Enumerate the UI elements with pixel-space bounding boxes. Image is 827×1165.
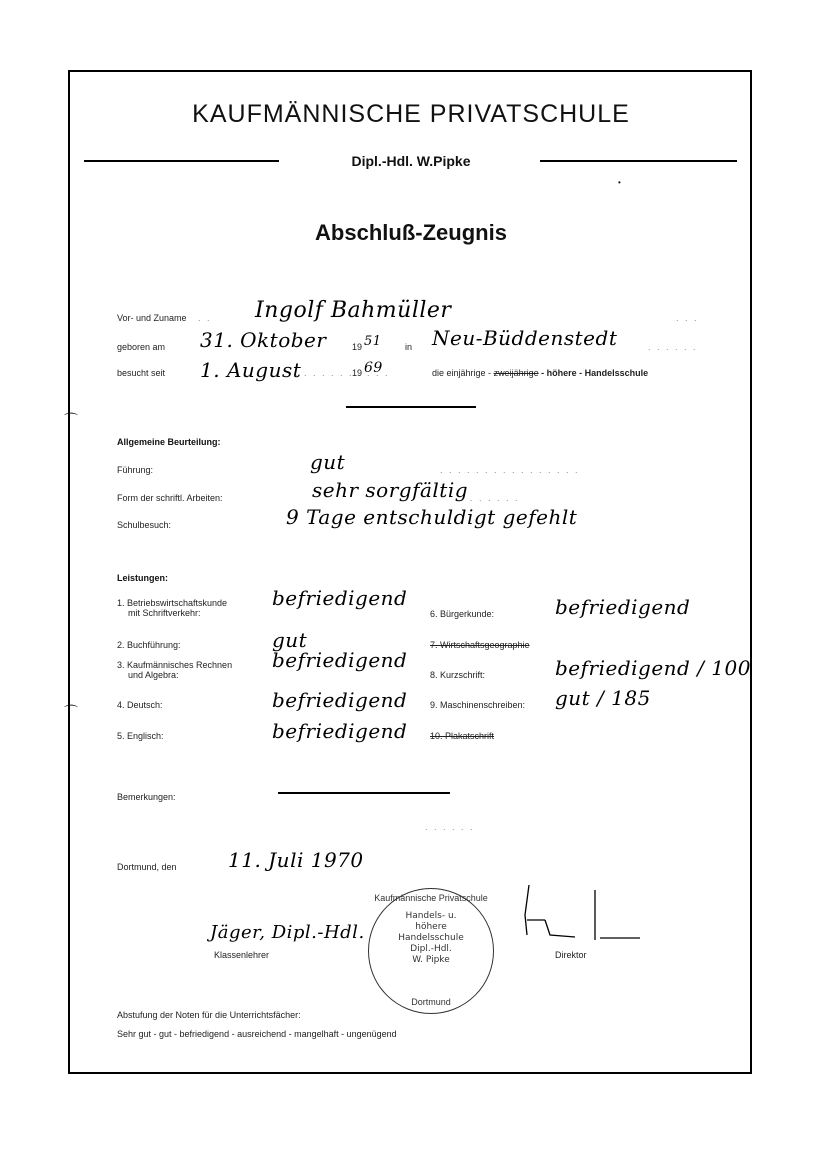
subject-label: 7. Wirtschaftsgeographie	[430, 640, 530, 650]
stamp-outer-bottom: Dortmund	[369, 997, 493, 1007]
section-divider	[346, 406, 476, 408]
stamp-line: Handelsschule	[391, 933, 471, 944]
subject-label: 5. Englisch:	[117, 731, 164, 741]
subject-grade: befriedigend	[272, 719, 407, 743]
speck: •	[618, 178, 621, 187]
born-place-value: Neu-Büddenstedt	[432, 326, 617, 350]
dots: . . . . . . . . . . . . . . . .	[440, 465, 580, 475]
written-form-value: sehr sorgfältig	[312, 478, 468, 502]
attendance-label: Schulbesuch:	[117, 520, 171, 530]
dots: . . . . . .	[648, 342, 698, 352]
school-type-line: die einjährige - zweijährige - höhere - …	[432, 368, 648, 378]
subject-grade: befriedigend	[272, 648, 407, 672]
subject-label: 2. Buchführung:	[117, 640, 181, 650]
written-form-label: Form der schriftl. Arbeiten:	[117, 493, 223, 503]
subject-grade: befriedigend / 100	[555, 656, 751, 680]
school-type-struck: zweijährige	[494, 368, 539, 378]
subject-label: 4. Deutsch:	[117, 700, 163, 710]
name-label: Vor- und Zuname	[117, 313, 187, 323]
grading-scale-values: Sehr gut - gut - befriedigend - ausreich…	[117, 1029, 397, 1039]
stamp-line: W. Pipke	[391, 955, 471, 966]
remarks-line	[278, 792, 450, 794]
subject-label-cont: und Algebra:	[128, 670, 179, 680]
teacher-signature: Jäger, Dipl.-Hdl.	[210, 922, 365, 943]
born-year-value: 51	[364, 334, 382, 349]
subject-label: 3. Kaufmännisches Rechnen	[117, 660, 232, 670]
subject-label-cont: mit Schriftverkehr:	[128, 608, 201, 618]
subject-label: 10. Plakatschrift	[430, 731, 494, 741]
issue-date-value: 11. Juli 1970	[228, 848, 364, 872]
dots: . . . . . .	[470, 493, 520, 503]
dots: . .	[198, 313, 212, 323]
attended-label: besucht seit	[117, 368, 165, 378]
attended-year-value: 69	[364, 360, 383, 376]
stamp-line: Dipl.-Hdl.	[391, 944, 471, 955]
born-in-label: in	[405, 342, 412, 352]
punch-mark: ⌒	[64, 410, 78, 430]
school-type-prefix: die einjährige -	[432, 368, 491, 378]
grading-scale-label: Abstufung der Noten für die Unterrichtsf…	[117, 1010, 301, 1020]
subject-grade: gut / 185	[555, 686, 651, 710]
born-label: geboren am	[117, 342, 165, 352]
remarks-label: Bemerkungen:	[117, 792, 176, 802]
subject-label: 1. Betriebswirtschaftskunde	[117, 598, 227, 608]
attended-date-value: 1. August	[200, 358, 301, 382]
subject-label: 6. Bürgerkunde:	[430, 609, 494, 619]
subject-grade: befriedigend	[272, 586, 407, 610]
conduct-label: Führung:	[117, 465, 153, 475]
school-name: KAUFMÄNNISCHE PRIVATSCHULE	[68, 100, 754, 129]
born-year-prefix: 19	[352, 342, 362, 352]
dots: . . .	[676, 313, 699, 323]
school-type-suffix: - höhere - Handelsschule	[541, 368, 648, 378]
place-label: Dortmund, den	[117, 862, 177, 872]
stamp-outer-top: Kaufmännische Privatschule	[369, 893, 493, 903]
director-label: Direktor	[555, 950, 587, 960]
stamp-inner-text: Handels- u.höhereHandelsschuleDipl.-Hdl.…	[391, 911, 471, 966]
stamp-line: höhere	[391, 922, 471, 933]
teacher-label: Klassenlehrer	[214, 950, 269, 960]
conduct-value: gut	[310, 450, 345, 474]
general-heading: Allgemeine Beurteilung:	[117, 437, 221, 447]
school-stamp: Kaufmännische Privatschule Handels- u.hö…	[368, 888, 494, 1014]
subject-grade: befriedigend	[272, 688, 407, 712]
name-value: Ingolf Bahmüller	[255, 298, 451, 323]
performance-heading: Leistungen:	[117, 573, 168, 583]
director-signature	[515, 880, 645, 950]
born-date-value: 31. Oktober	[200, 328, 326, 352]
subject-label: 8. Kurzschrift:	[430, 670, 485, 680]
subject-label: 9. Maschinenschreiben:	[430, 700, 525, 710]
header-rule-right	[540, 160, 737, 162]
stamp-line: Handels- u.	[391, 911, 471, 922]
dots: . . . . . .	[425, 822, 475, 832]
attendance-value: 9 Tage entschuldigt gefehlt	[286, 505, 577, 529]
attended-year-prefix: 19	[352, 368, 362, 378]
document-title: Abschluß-Zeugnis	[68, 220, 754, 246]
punch-mark: ⌒	[64, 702, 78, 722]
subject-grade: befriedigend	[555, 595, 690, 619]
